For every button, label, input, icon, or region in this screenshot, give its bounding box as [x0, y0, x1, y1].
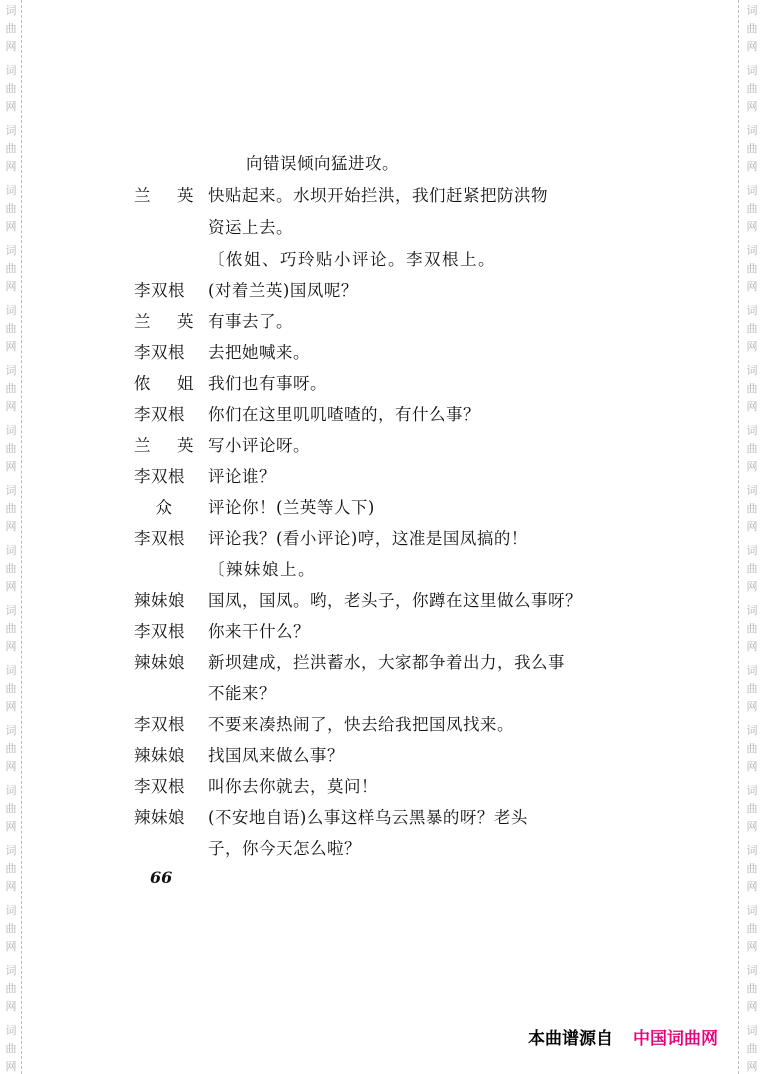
page-number: 66 [150, 868, 172, 887]
speaker-name: 李双根 [134, 525, 194, 549]
speaker-name: 兰英 [134, 308, 194, 332]
watermark-char: 网 [3, 38, 19, 56]
watermark-char: 曲 [744, 920, 760, 938]
watermark-char: 网 [3, 278, 19, 296]
watermark-char: 曲 [3, 200, 19, 218]
speaker-char: 英 [177, 432, 194, 456]
speaker-name: 辣妹娘 [134, 804, 194, 828]
watermark-char: 词 [744, 122, 760, 140]
dialogue-text: 你们在这里叽叽喳喳的，有什么事？ [208, 401, 480, 425]
dialogue-text: 子，你今天怎么啦？ [208, 835, 361, 859]
watermark-group: 词曲网 [744, 362, 760, 416]
watermark-char: 词 [3, 782, 19, 800]
watermark-group: 词曲网 [3, 662, 19, 716]
watermark-group: 词曲网 [744, 482, 760, 536]
dialogue-text: (不安地自语)么事这样乌云黑暴的呀？老头 [208, 804, 528, 828]
watermark-char: 网 [744, 818, 760, 836]
speaker-char: 侬 [134, 370, 151, 394]
watermark-char: 词 [3, 962, 19, 980]
watermark-char: 曲 [744, 320, 760, 338]
stage-direction-text: 〔辣妹娘上。 [208, 556, 316, 580]
dialogue-text: 你来干什么？ [208, 618, 310, 642]
right-watermark-strip: 词曲网词曲网词曲网词曲网词曲网词曲网词曲网词曲网词曲网词曲网词曲网词曲网词曲网词… [741, 0, 760, 1074]
watermark-group: 词曲网 [744, 242, 760, 296]
watermark-group: 词曲网 [744, 902, 760, 956]
speaker-name: 李双根 [134, 618, 194, 642]
watermark-char: 词 [744, 362, 760, 380]
stage-direction-text: 〔侬姐、巧玲贴小评论。李双根上。 [208, 246, 496, 270]
speaker-name: 众 [134, 494, 194, 518]
watermark-char: 词 [3, 2, 19, 20]
watermark-char: 曲 [744, 860, 760, 878]
watermark-char: 曲 [3, 560, 19, 578]
watermark-char: 词 [744, 662, 760, 680]
watermark-char: 词 [744, 1022, 760, 1040]
watermark-char: 曲 [3, 320, 19, 338]
watermark-char: 网 [744, 998, 760, 1016]
watermark-char: 网 [3, 398, 19, 416]
watermark-char: 词 [3, 722, 19, 740]
watermark-char: 词 [3, 302, 19, 320]
speaker-name: 兰英 [134, 182, 194, 206]
watermark-char: 网 [744, 278, 760, 296]
watermark-char: 曲 [744, 80, 760, 98]
watermark-char: 网 [744, 578, 760, 596]
dialogue-text: 我们也有事呀。 [208, 370, 327, 394]
watermark-char: 网 [744, 758, 760, 776]
watermark-char: 曲 [3, 920, 19, 938]
watermark-char: 网 [3, 638, 19, 656]
watermark-group: 词曲网 [3, 962, 19, 1016]
watermark-group: 词曲网 [744, 962, 760, 1016]
watermark-char: 词 [744, 2, 760, 20]
watermark-char: 网 [744, 218, 760, 236]
watermark-char: 曲 [3, 860, 19, 878]
watermark-group: 词曲网 [3, 362, 19, 416]
dialogue-text: (对着兰英)国凤呢？ [208, 277, 358, 301]
dialogue-text: 资运上去。 [208, 214, 293, 238]
watermark-char: 词 [3, 122, 19, 140]
watermark-char: 曲 [3, 800, 19, 818]
watermark-group: 词曲网 [744, 842, 760, 896]
watermark-char: 词 [3, 362, 19, 380]
source-footer: 本曲谱源自中国词曲网 [528, 1024, 718, 1049]
watermark-char: 词 [744, 302, 760, 320]
watermark-char: 网 [3, 998, 19, 1016]
speaker-name: 辣妹娘 [134, 742, 194, 766]
watermark-char: 词 [744, 482, 760, 500]
watermark-group: 词曲网 [744, 1022, 760, 1074]
watermark-group: 词曲网 [3, 602, 19, 656]
dialogue-text: 评论你！(兰英等人下) [208, 494, 375, 518]
watermark-group: 词曲网 [744, 182, 760, 236]
watermark-char: 网 [744, 1058, 760, 1074]
dialogue-text: 国凤，国凤。哟，老头子，你蹲在这里做么事呀？ [208, 587, 582, 611]
watermark-char: 曲 [744, 20, 760, 38]
dialogue-text: 不能来？ [208, 680, 276, 704]
speaker-char: 姐 [177, 370, 194, 394]
watermark-char: 网 [3, 518, 19, 536]
watermark-char: 网 [744, 38, 760, 56]
dialogue-text: 快贴起来。水坝开始拦洪，我们赶紧把防洪物 [208, 182, 548, 206]
left-watermark-strip: 词曲网词曲网词曲网词曲网词曲网词曲网词曲网词曲网词曲网词曲网词曲网词曲网词曲网词… [0, 0, 20, 1074]
speaker-name: 辣妹娘 [134, 649, 194, 673]
watermark-char: 网 [3, 878, 19, 896]
watermark-char: 词 [744, 422, 760, 440]
watermark-char: 网 [3, 1058, 19, 1074]
watermark-group: 词曲网 [3, 902, 19, 956]
watermark-char: 网 [744, 878, 760, 896]
watermark-group: 词曲网 [3, 62, 19, 116]
right-margin-dashed-line [738, 0, 739, 1074]
watermark-char: 词 [744, 182, 760, 200]
watermark-char: 曲 [3, 20, 19, 38]
dialogue-text: 向错误倾向猛进攻。 [246, 150, 399, 174]
watermark-char: 曲 [3, 680, 19, 698]
watermark-group: 词曲网 [744, 422, 760, 476]
watermark-char: 曲 [744, 800, 760, 818]
watermark-char: 曲 [744, 200, 760, 218]
speaker-char: 兰 [134, 182, 151, 206]
speaker-name: 李双根 [134, 773, 194, 797]
watermark-group: 词曲网 [3, 422, 19, 476]
watermark-char: 曲 [744, 980, 760, 998]
watermark-char: 曲 [3, 380, 19, 398]
dialogue-text: 评论我？(看小评论)哼，这准是国凤搞的！ [208, 525, 528, 549]
watermark-group: 词曲网 [744, 782, 760, 836]
watermark-char: 网 [744, 638, 760, 656]
watermark-char: 曲 [3, 80, 19, 98]
watermark-char: 网 [3, 338, 19, 356]
watermark-char: 词 [744, 542, 760, 560]
watermark-char: 词 [3, 662, 19, 680]
watermark-group: 词曲网 [3, 242, 19, 296]
watermark-group: 词曲网 [3, 842, 19, 896]
watermark-char: 网 [3, 818, 19, 836]
source-label: 本曲谱源自 [528, 1029, 613, 1049]
watermark-char: 曲 [3, 980, 19, 998]
watermark-group: 词曲网 [3, 2, 19, 56]
watermark-group: 词曲网 [744, 302, 760, 356]
watermark-group: 词曲网 [744, 662, 760, 716]
watermark-char: 网 [3, 758, 19, 776]
watermark-group: 词曲网 [744, 122, 760, 176]
watermark-char: 词 [744, 902, 760, 920]
watermark-group: 词曲网 [744, 2, 760, 56]
watermark-group: 词曲网 [3, 302, 19, 356]
watermark-char: 网 [3, 458, 19, 476]
watermark-char: 词 [3, 482, 19, 500]
watermark-char: 网 [744, 98, 760, 116]
watermark-char: 网 [744, 458, 760, 476]
watermark-char: 曲 [3, 440, 19, 458]
watermark-char: 网 [3, 578, 19, 596]
watermark-char: 曲 [3, 1040, 19, 1058]
watermark-char: 曲 [744, 560, 760, 578]
watermark-char: 网 [744, 698, 760, 716]
watermark-group: 词曲网 [744, 722, 760, 776]
watermark-char: 词 [744, 722, 760, 740]
dialogue-text: 不要来凑热闹了，快去给我把国凤找来。 [208, 711, 514, 735]
dialogue-text: 写小评论呀。 [208, 432, 310, 456]
watermark-group: 词曲网 [3, 482, 19, 536]
watermark-char: 词 [744, 782, 760, 800]
watermark-char: 词 [3, 602, 19, 620]
watermark-char: 词 [744, 962, 760, 980]
speaker-name: 兰英 [134, 432, 194, 456]
dialogue-text: 评论谁？ [208, 463, 276, 487]
watermark-char: 曲 [3, 620, 19, 638]
speaker-name: 侬姐 [134, 370, 194, 394]
watermark-group: 词曲网 [3, 722, 19, 776]
watermark-char: 网 [3, 158, 19, 176]
watermark-char: 词 [3, 1022, 19, 1040]
watermark-char: 曲 [744, 260, 760, 278]
watermark-char: 词 [744, 242, 760, 260]
watermark-char: 曲 [744, 620, 760, 638]
site-name-link[interactable]: 中国词曲网 [633, 1029, 718, 1049]
speaker-char: 兰 [134, 308, 151, 332]
watermark-char: 曲 [744, 740, 760, 758]
watermark-char: 词 [744, 62, 760, 80]
watermark-char: 曲 [3, 140, 19, 158]
watermark-group: 词曲网 [3, 122, 19, 176]
watermark-char: 网 [3, 98, 19, 116]
watermark-char: 词 [3, 62, 19, 80]
watermark-char: 网 [3, 698, 19, 716]
watermark-char: 曲 [744, 380, 760, 398]
watermark-char: 网 [744, 398, 760, 416]
watermark-group: 词曲网 [3, 1022, 19, 1074]
watermark-char: 网 [744, 158, 760, 176]
watermark-char: 网 [3, 938, 19, 956]
dialogue-text: 新坝建成，拦洪蓄水，大家都争着出力，我么事 [208, 649, 565, 673]
watermark-char: 曲 [3, 740, 19, 758]
watermark-char: 曲 [744, 500, 760, 518]
watermark-char: 词 [744, 602, 760, 620]
dialogue-text: 叫你去你就去，莫问！ [208, 773, 378, 797]
watermark-char: 曲 [744, 140, 760, 158]
speaker-name: 辣妹娘 [134, 587, 194, 611]
dialogue-text: 去把她喊来。 [208, 339, 310, 363]
watermark-char: 词 [3, 902, 19, 920]
watermark-char: 词 [3, 842, 19, 860]
speaker-name: 李双根 [134, 711, 194, 735]
speaker-name: 李双根 [134, 463, 194, 487]
watermark-char: 词 [3, 542, 19, 560]
watermark-char: 词 [3, 182, 19, 200]
watermark-char: 词 [3, 422, 19, 440]
watermark-group: 词曲网 [3, 182, 19, 236]
watermark-char: 曲 [744, 680, 760, 698]
watermark-group: 词曲网 [3, 782, 19, 836]
watermark-group: 词曲网 [744, 602, 760, 656]
speaker-char: 英 [177, 308, 194, 332]
watermark-group: 词曲网 [744, 62, 760, 116]
watermark-group: 词曲网 [744, 542, 760, 596]
speaker-name: 李双根 [134, 339, 194, 363]
speaker-name: 李双根 [134, 277, 194, 301]
watermark-char: 词 [744, 842, 760, 860]
watermark-char: 词 [3, 242, 19, 260]
watermark-char: 网 [3, 218, 19, 236]
left-margin-dashed-line [21, 0, 22, 1074]
watermark-char: 曲 [3, 260, 19, 278]
watermark-group: 词曲网 [3, 542, 19, 596]
speaker-char: 英 [177, 182, 194, 206]
watermark-char: 曲 [3, 500, 19, 518]
speaker-name: 李双根 [134, 401, 194, 425]
speaker-char: 兰 [134, 432, 151, 456]
watermark-char: 网 [744, 518, 760, 536]
dialogue-text: 找国凤来做么事？ [208, 742, 344, 766]
watermark-char: 曲 [744, 440, 760, 458]
dialogue-text: 有事去了。 [208, 308, 293, 332]
watermark-char: 网 [744, 338, 760, 356]
watermark-char: 网 [744, 938, 760, 956]
watermark-char: 曲 [744, 1040, 760, 1058]
